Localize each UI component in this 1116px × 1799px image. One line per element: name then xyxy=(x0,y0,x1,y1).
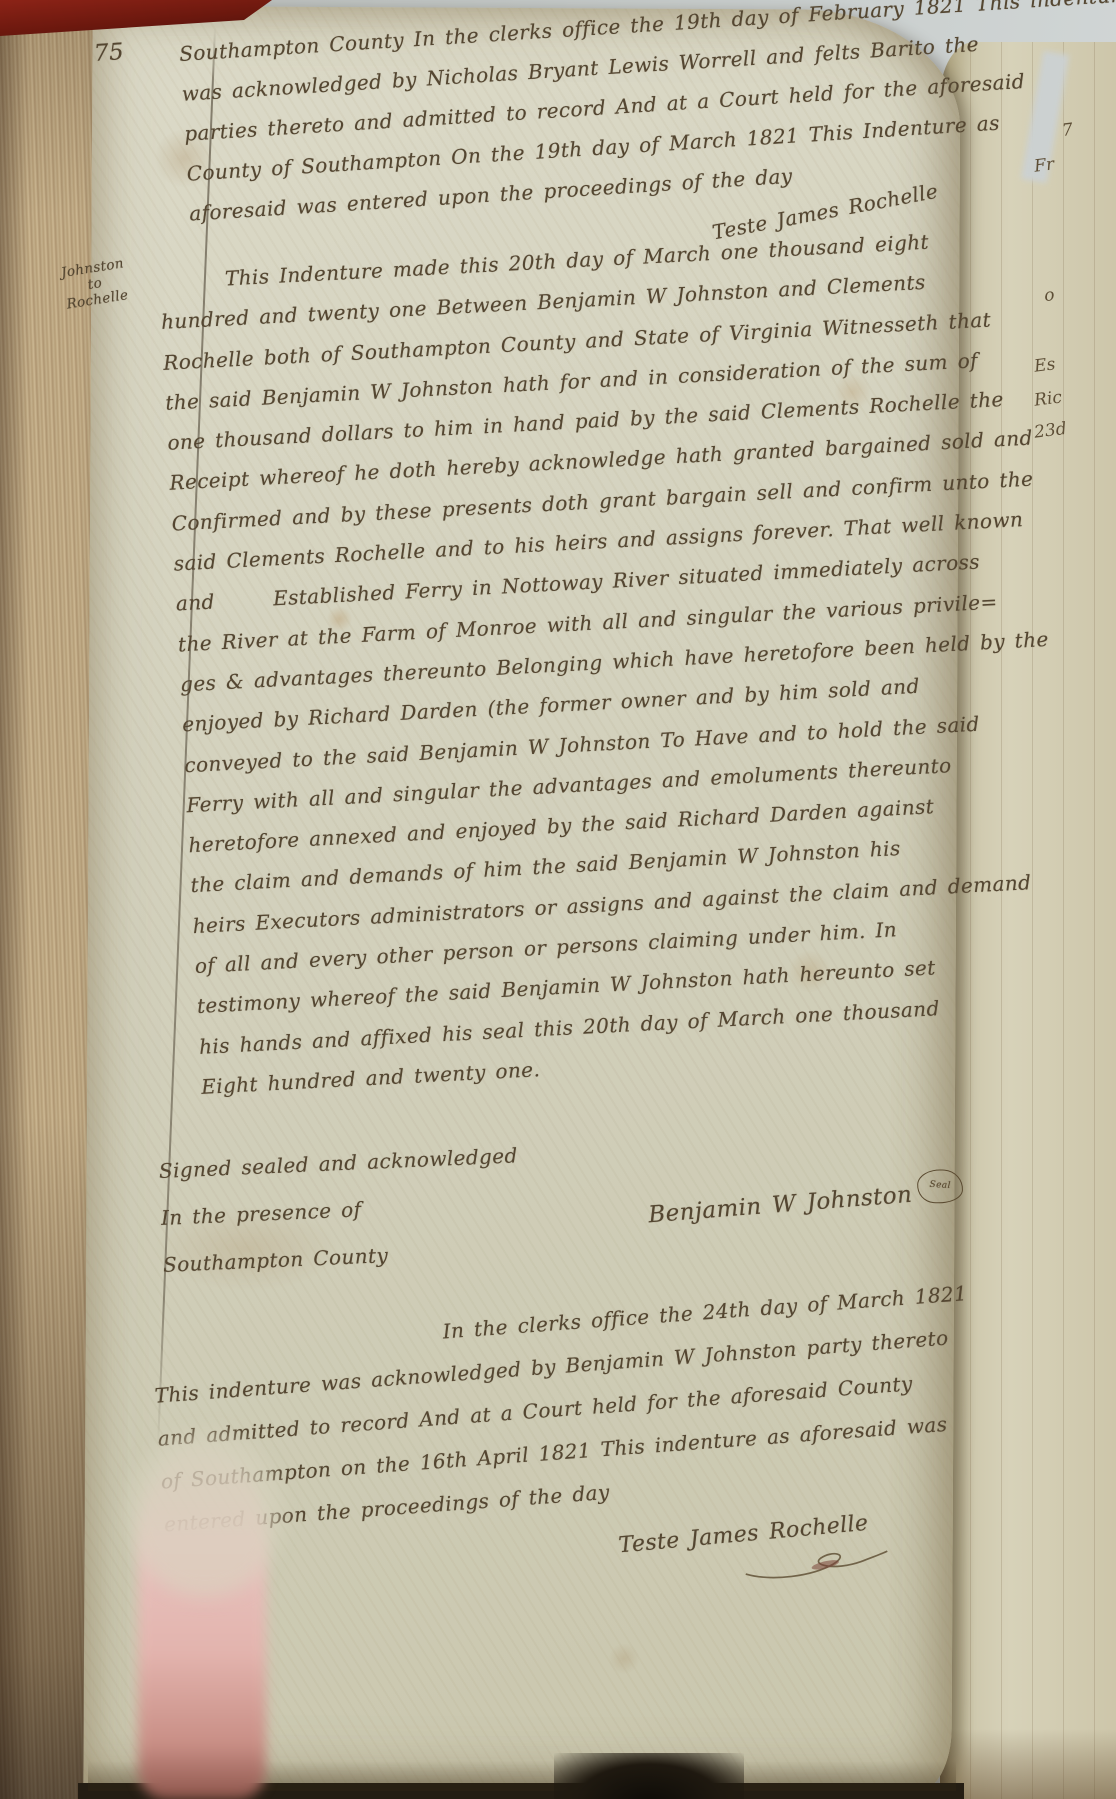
opposite-page-fragment: Fr xyxy=(1033,147,1113,176)
photographed-deed-book-page: 7FroEsRic23d 75 Southampton County In th… xyxy=(0,0,1116,1799)
clerk-note-bottom: In the clerks office the 24th day of Mar… xyxy=(150,1272,989,1625)
opposite-page-text-fragments: 7FroEsRic23d xyxy=(1034,118,1112,438)
tissue-over-finger xyxy=(128,1432,282,1597)
signing-clause: Signed sealed and acknowledgedIn the pre… xyxy=(158,1132,523,1289)
opposite-page-fragment: 7 xyxy=(1061,115,1113,141)
book-spine-gap xyxy=(554,1753,744,1799)
opposite-page-fragment: Ric xyxy=(1033,381,1113,410)
opposite-page-fragment: o xyxy=(1043,278,1113,306)
indenture-body: This Indenture made this 20th day of Mar… xyxy=(158,220,1001,1107)
page-number: 75 xyxy=(93,39,125,67)
opposite-page-fragment: Es xyxy=(1033,347,1113,376)
